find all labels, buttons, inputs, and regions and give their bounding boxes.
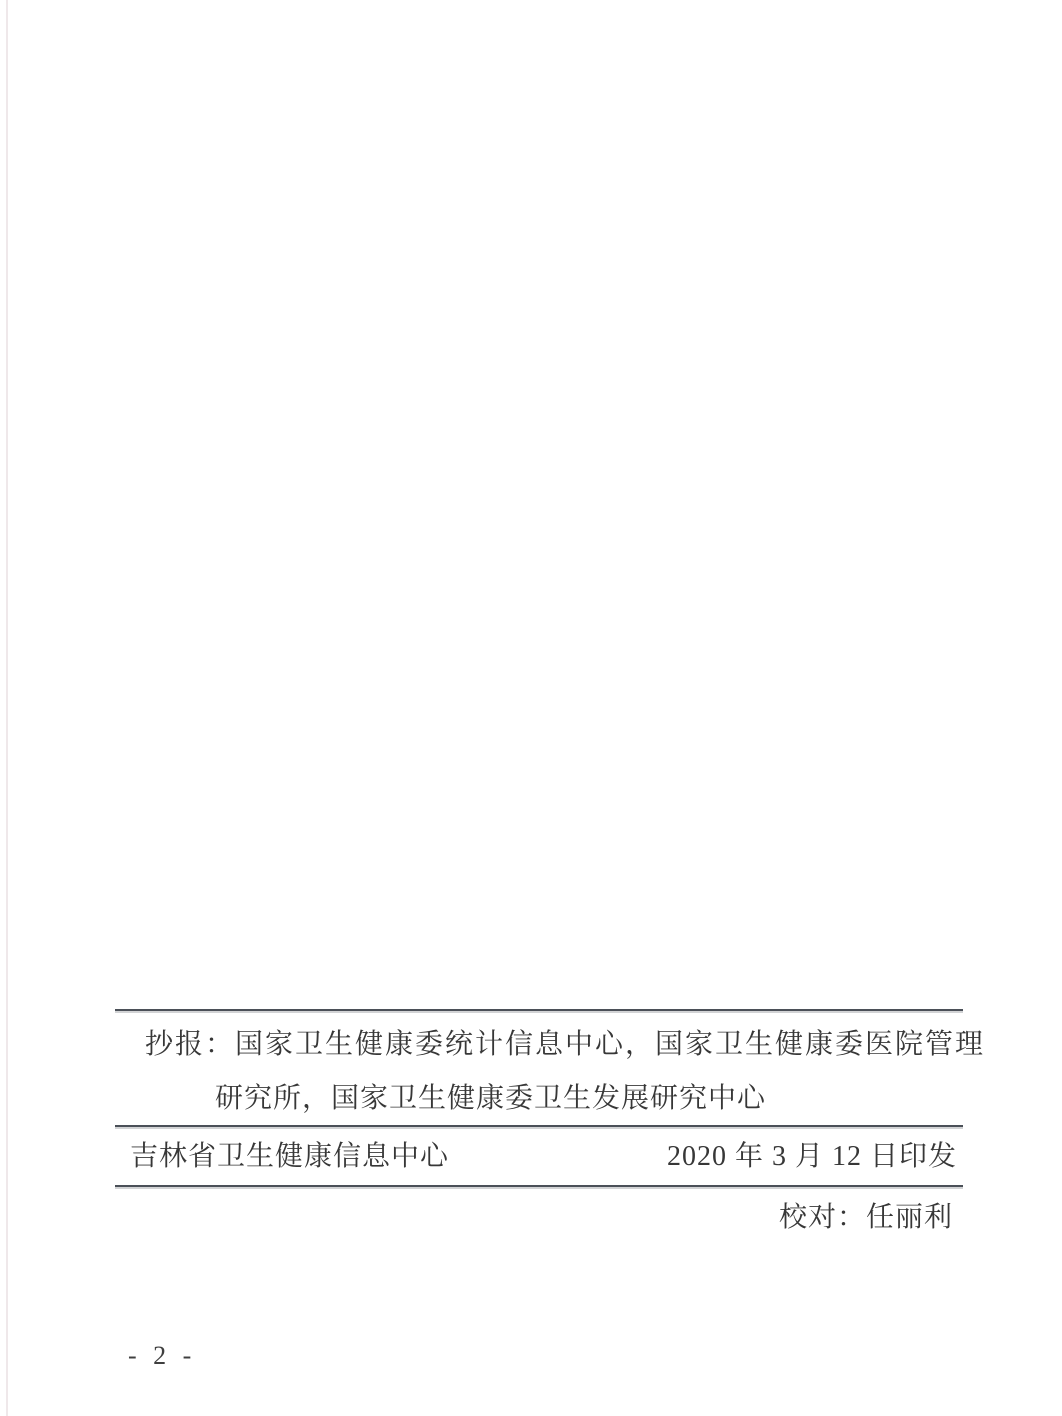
issuing-office: 吉林省卫生健康信息中心 xyxy=(130,1140,449,1174)
scan-edge-artifact xyxy=(6,0,8,1416)
copy-to-line-1: 抄报：国家卫生健康委统计信息中心，国家卫生健康委医院管理 xyxy=(115,1028,963,1062)
proofreader: 校对：任丽利 xyxy=(779,1202,953,1233)
issuer-row: 吉林省卫生健康信息中心 2020 年 3 月 12 日印发 xyxy=(115,1140,963,1174)
divider-bottom xyxy=(115,1185,963,1187)
page-number: - 2 - xyxy=(128,1341,196,1371)
divider-top xyxy=(115,1009,963,1011)
document-page: 抄报：国家卫生健康委统计信息中心，国家卫生健康委医院管理 研究所，国家卫生健康委… xyxy=(0,0,1062,1416)
document-footer: 抄报：国家卫生健康委统计信息中心，国家卫生健康委医院管理 研究所，国家卫生健康委… xyxy=(115,1009,963,1235)
proofreader-row: 校对：任丽利 xyxy=(115,1201,963,1235)
copy-to-line-2: 研究所，国家卫生健康委卫生发展研究中心 xyxy=(115,1082,963,1116)
print-date: 2020 年 3 月 12 日印发 xyxy=(667,1140,957,1174)
divider-middle xyxy=(115,1125,963,1127)
